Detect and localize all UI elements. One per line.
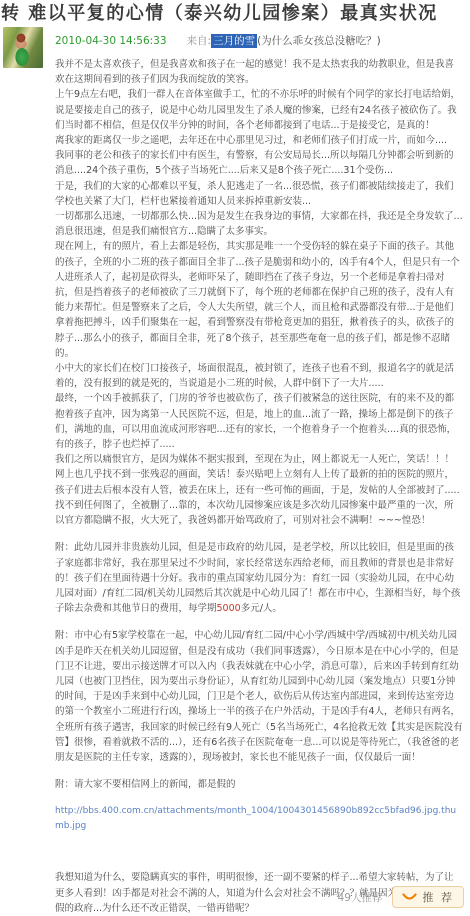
attachment-link[interactable]: http://bbs.400.com.cn/attachments/month_…	[55, 804, 463, 834]
post-paragraph: 离我家的距离仅一步之遥吧，去年还在中心那里见习过，和老师们孩子们打成一片，而如今…	[55, 133, 463, 148]
post-paragraph: 附：市中心有5家学校靠在一起，中心幼儿园/育红二园/中心小学/西城中学/西城初中…	[55, 628, 463, 765]
post-paragraph: 附：此幼儿园并非贵族幼儿园，但是是市政府的幼儿园，是老学校，所以比较旧，但是里面…	[55, 540, 463, 616]
post-body: 我并不是太喜欢孩子，但是我喜欢和孩子在一起的感觉！我不是太热衷我的幼教职业，但是…	[55, 57, 463, 916]
post-paragraph: 小中大的家长们在校门口接孩子，场面很混乱，被封锁了，连孩子也看不到，报道名字的就…	[55, 361, 463, 391]
post-date: 2010-04-30 14:56:33	[55, 35, 167, 47]
post-paragraph: 我同事的老公和孩子的家长们中有医生，有警察，有公安局局长...所以每隔几分钟都会…	[55, 148, 463, 178]
footer-bar: 49人推荐 推 荐	[338, 886, 464, 908]
post-paragraph: 现在网上，有的照片，看上去都是轻伤，其实那是唯一一个受伤轻的躲在桌子下面的孩子。…	[55, 239, 463, 361]
post-container: 2010-04-30 14:56:33来自:三月的雪(为什么乖女孩总没糖吃？) …	[55, 34, 463, 916]
avatar[interactable]	[3, 27, 43, 68]
post-paragraph: 找不到任何图了，全被删了...靠的，本次幼儿园惨案应该是多次幼儿园惨案中最严重的…	[55, 498, 463, 528]
page-title: 转 难以平复的心情（泰兴幼儿园惨案）最真实状况	[0, 0, 470, 25]
post-paragraph: 一切都那么迅速，一切都那么快...因为是发生在我身边的事情，大家都在抖，我还是全…	[55, 209, 463, 239]
recommend-count: 49人推荐	[338, 890, 383, 905]
post-paragraph: 我们之所以痛恨官方，是因为媒体不据实报到，至现在为止，网上都说无一人死亡，笑话！…	[55, 452, 463, 498]
post-paragraph: 于是，我们的大家的心都难以平复，杀人犯逃走了一名...很恐慌，孩子们都被陆续接走…	[55, 179, 463, 209]
recommend-button[interactable]: 推 荐	[392, 886, 465, 908]
post-meta: 2010-04-30 14:56:33来自:三月的雪(为什么乖女孩总没糖吃？)	[55, 34, 463, 49]
author-tagline: (为什么乖女孩总没糖吃？)	[257, 35, 381, 47]
from-label: 来自:	[187, 35, 212, 47]
post-paragraph: 附：请大家不要相信网上的新闻，都是假的	[55, 777, 463, 792]
post-paragraph: 上午9点左右吧，我们一群人在音体室做手工，忙的不亦乐呼的时候有个同学的家长打电话…	[55, 87, 463, 133]
highlighted-number: 5000	[217, 603, 241, 614]
post-paragraph: 最终，一个凶手被抓获了，门房的爷爷也被砍伤了，孩子们被紧急的送往医院，有的来不及…	[55, 391, 463, 452]
post-paragraph: 我并不是太喜欢孩子，但是我喜欢和孩子在一起的感觉！我不是太热衷我的幼教职业，但是…	[55, 57, 463, 87]
author-name[interactable]: 三月的雪	[211, 34, 257, 48]
smile-curve-icon	[402, 893, 417, 902]
recommend-button-label: 推 荐	[423, 889, 455, 905]
